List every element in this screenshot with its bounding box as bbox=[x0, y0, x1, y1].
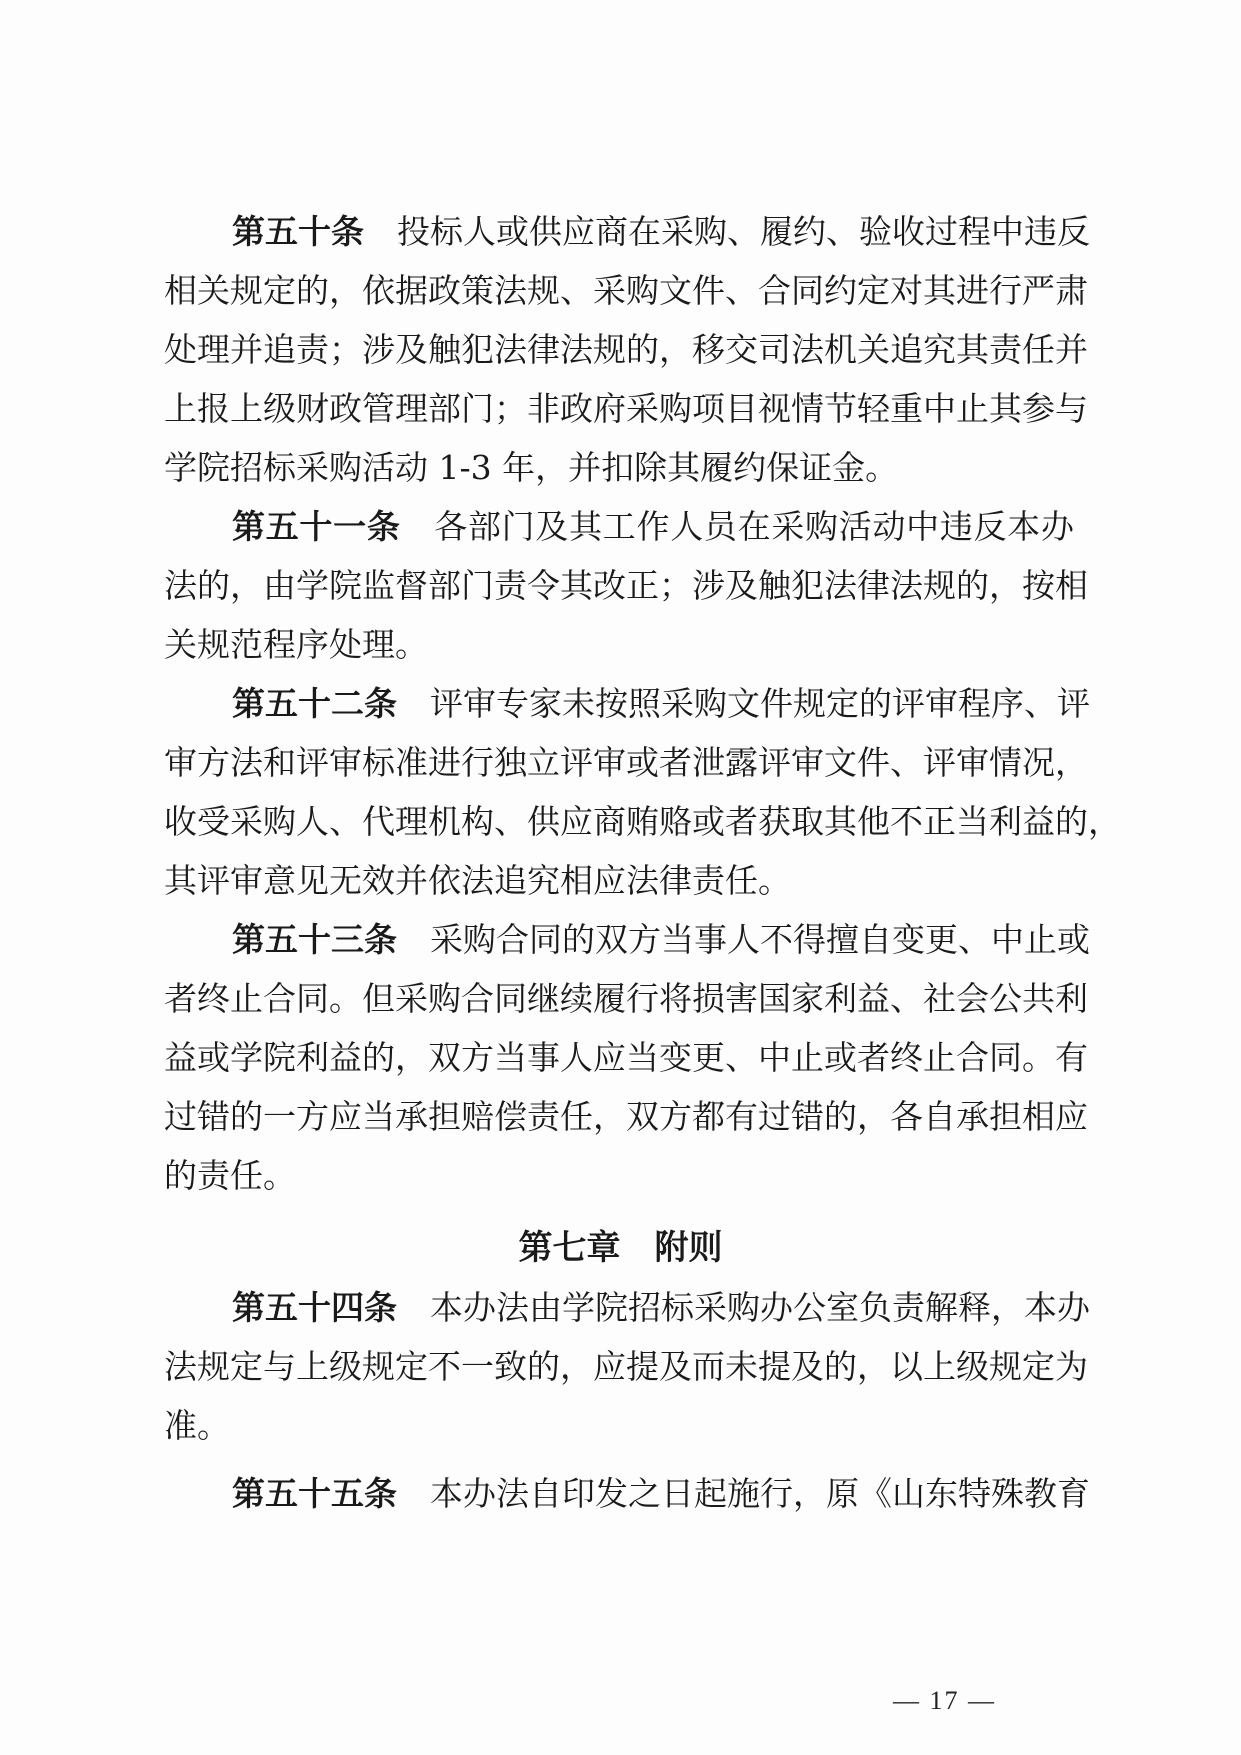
article-50-line-2: 相关规定的，依据政策法规、采购文件、合同约定对其进行严肃 bbox=[164, 271, 1074, 311]
article-52-line-3: 收受采购人、代理机构、供应商贿赂或者获取其他不正当利益的， bbox=[164, 802, 1074, 842]
article-53-line-1: 第五十三条 采购合同的双方当事人不得擅自变更、中止或 bbox=[232, 920, 1074, 960]
chapter-heading: 第七章 附则 bbox=[0, 1228, 1241, 1268]
article-51-label: 第五十一条 bbox=[232, 507, 401, 546]
article-53-label: 第五十三条 bbox=[232, 920, 397, 959]
article-55-label: 第五十五条 bbox=[232, 1474, 397, 1513]
article-52-label: 第五十二条 bbox=[232, 684, 397, 723]
article-54-line-3: 准。 bbox=[164, 1406, 1074, 1446]
article-50-line-3: 处理并追责；涉及触犯法律法规的，移交司法机关追究其责任并 bbox=[164, 330, 1074, 370]
page-number: — 17 — bbox=[893, 1686, 996, 1716]
article-51-line-1: 第五十一条 各部门及其工作人员在采购活动中违反本办 bbox=[232, 507, 1074, 547]
article-54-line-2: 法规定与上级规定不一致的，应提及而未提及的，以上级规定为 bbox=[164, 1347, 1074, 1387]
article-53-line-4: 过错的一方应当承担赔偿责任，双方都有过错的，各自承担相应 bbox=[164, 1097, 1074, 1137]
article-50-label: 第五十条 bbox=[232, 212, 364, 251]
article-51-line-3: 关规范程序处理。 bbox=[164, 625, 1074, 665]
article-53-line-5: 的责任。 bbox=[164, 1156, 1074, 1196]
article-54-label: 第五十四条 bbox=[232, 1288, 397, 1327]
article-52-line-1: 第五十二条 评审专家未按照采购文件规定的评审程序、评 bbox=[232, 684, 1074, 724]
article-51-line-2: 法的，由学院监督部门责令其改正；涉及触犯法律法规的，按相 bbox=[164, 566, 1074, 606]
document-page: 第五十条 投标人或供应商在采购、履约、验收过程中违反 相关规定的，依据政策法规、… bbox=[0, 0, 1241, 1755]
article-55-line-1: 第五十五条 本办法自印发之日起施行，原《山东特殊教育 bbox=[232, 1474, 1074, 1514]
article-53-line-3: 益或学院利益的，双方当事人应当变更、中止或者终止合同。有 bbox=[164, 1038, 1074, 1078]
article-53-line-2: 者终止合同。但采购合同继续履行将损害国家利益、社会公共利 bbox=[164, 979, 1074, 1019]
article-54-line-1: 第五十四条 本办法由学院招标采购办公室负责解释，本办 bbox=[232, 1288, 1074, 1328]
article-52-line-4: 其评审意见无效并依法追究相应法律责任。 bbox=[164, 861, 1074, 901]
article-52-line-2: 审方法和评审标准进行独立评审或者泄露评审文件、评审情况， bbox=[164, 743, 1074, 783]
article-50-line-4: 上报上级财政管理部门；非政府采购项目视情节轻重中止其参与 bbox=[164, 389, 1074, 429]
article-50-line-5: 学院招标采购活动 1-3 年，并扣除其履约保证金。 bbox=[164, 448, 1074, 488]
article-50-line-1: 第五十条 投标人或供应商在采购、履约、验收过程中违反 bbox=[232, 212, 1074, 252]
